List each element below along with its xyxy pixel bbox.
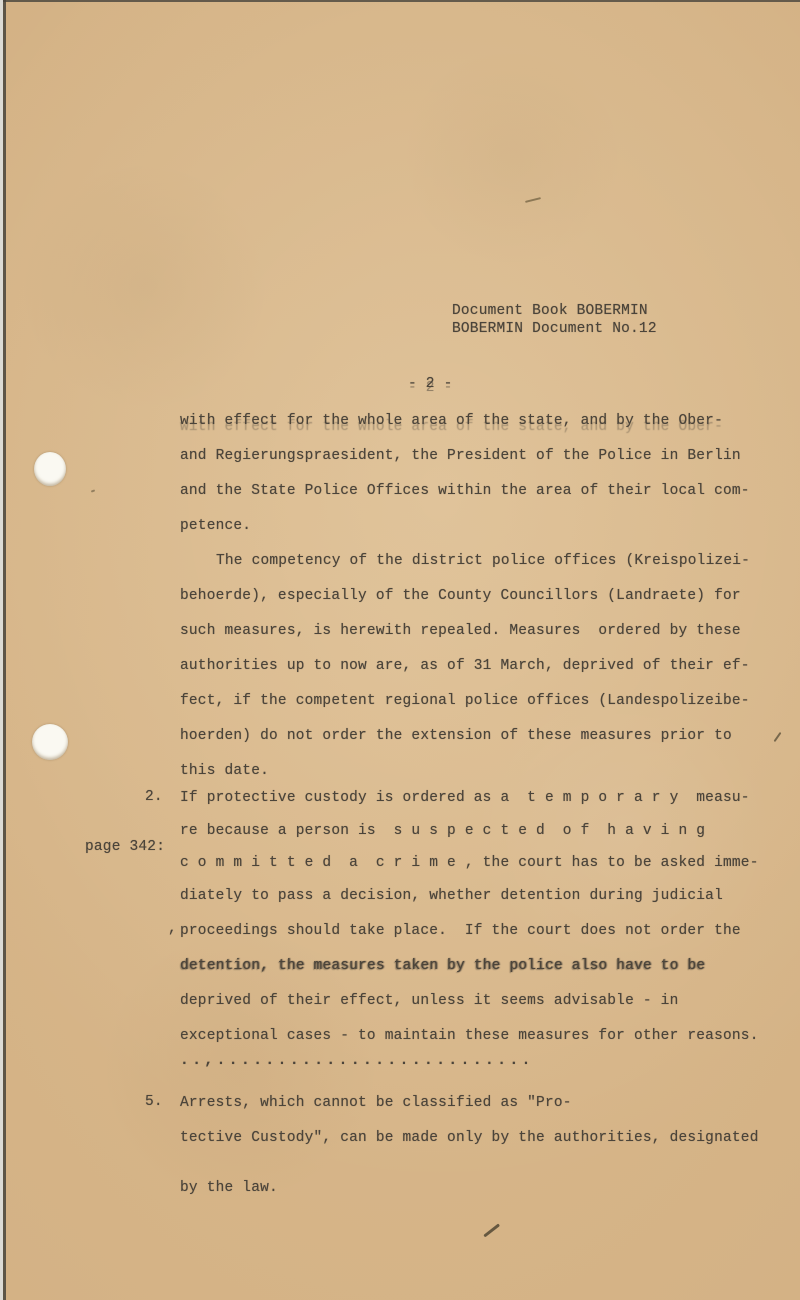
text-line: detention, the measures taken by the pol… xyxy=(180,958,705,974)
pencil-mark-bottom xyxy=(483,1223,500,1237)
document-book-title: Document Book BOBERMIN xyxy=(452,303,648,319)
hole-punch-top xyxy=(34,452,66,486)
text-line: petence. xyxy=(180,518,251,534)
list-marker: 2. xyxy=(145,789,163,805)
scan-edge-left-dark xyxy=(3,0,6,1300)
text-line: deprived of their effect, unless it seem… xyxy=(180,993,678,1009)
page-number: - 2 - xyxy=(408,376,453,392)
text-line: The competency of the district police of… xyxy=(216,553,750,569)
text-line: and the State Police Offices within the … xyxy=(180,483,750,499)
text-line: and Regierungspraesident, the President … xyxy=(180,448,741,464)
text-line: proceedings should take place. If the co… xyxy=(180,923,741,939)
document-page-scan: Document Book BOBERMIN BOBERMIN Document… xyxy=(0,0,800,1300)
paper-speck xyxy=(91,489,95,492)
text-line: this date. xyxy=(180,763,269,779)
text-line: c o m m i t t e d a c r i m e , the cour… xyxy=(180,855,759,871)
pencil-mark-right-edge xyxy=(774,732,782,742)
text-line: fect, if the competent regional police o… xyxy=(180,693,750,709)
text-line: page 342: xyxy=(85,839,165,855)
text-line: tective Custody", can be made only by th… xyxy=(180,1130,759,1146)
text-line: diately to pass a decision, whether dete… xyxy=(180,888,723,904)
hole-punch-bottom xyxy=(32,724,68,760)
pencil-mark-top xyxy=(525,197,541,203)
text-line: such measures, is herewith repealed. Mea… xyxy=(180,623,741,639)
text-line: with effect for the whole area of the st… xyxy=(180,413,723,429)
scan-edge-top xyxy=(0,0,800,2)
text-line: If protective custody is ordered as a t … xyxy=(180,790,750,806)
text-line: ..,.......................... xyxy=(180,1053,534,1069)
text-line: , xyxy=(168,921,177,937)
text-line: re because a person is s u s p e c t e d… xyxy=(180,823,705,839)
text-line: behoerde), especially of the County Coun… xyxy=(180,588,741,604)
text-line: hoerden) do not order the extension of t… xyxy=(180,728,732,744)
list-marker: 5. xyxy=(145,1094,163,1110)
text-line: by the law. xyxy=(180,1180,278,1196)
text-line: exceptional cases - to maintain these me… xyxy=(180,1028,759,1044)
document-number: BOBERMIN Document No.12 xyxy=(452,321,657,337)
text-line: authorities up to now are, as of 31 Marc… xyxy=(180,658,750,674)
text-line: Arrests, which cannot be classified as "… xyxy=(180,1095,572,1111)
